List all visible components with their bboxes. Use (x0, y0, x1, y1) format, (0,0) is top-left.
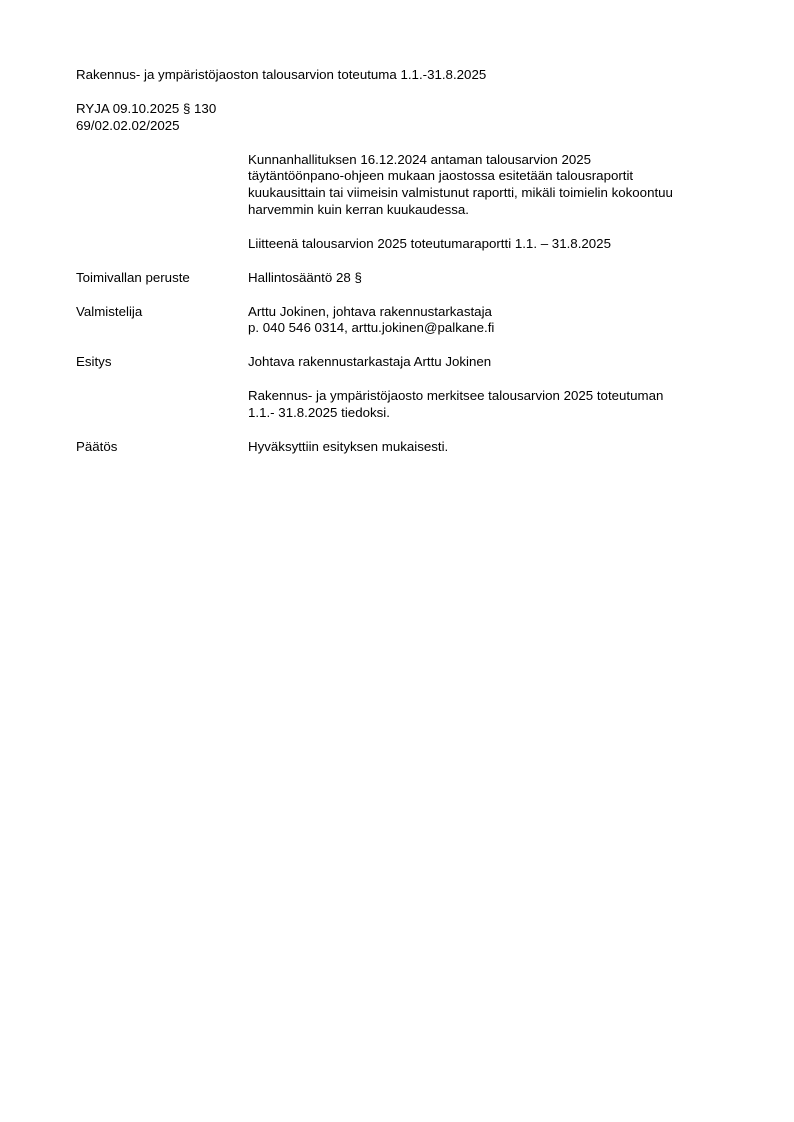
authority-label: Toimivallan peruste (76, 270, 190, 286)
intro-line: kuukausittain tai viimeisin valmistunut … (248, 185, 673, 201)
decision-value: Hyväksyttiin esityksen mukaisesti. (248, 439, 448, 455)
intro-line: harvemmin kuin kerran kuukaudessa. (248, 202, 469, 218)
proposal-presenter: Johtava rakennustarkastaja Arttu Jokinen (248, 354, 491, 370)
proposal-label: Esitys (76, 354, 111, 370)
proposal-text-line: 1.1.- 31.8.2025 tiedoksi. (248, 405, 390, 421)
proposal-text-line: Rakennus- ja ympäristöjaosto merkitsee t… (248, 388, 663, 404)
document-page: Rakennus- ja ympäristöjaoston talousarvi… (0, 0, 794, 1122)
intro-line: täytäntöönpano-ohjeen mukaan jaostossa e… (248, 168, 633, 184)
document-title: Rakennus- ja ympäristöjaoston talousarvi… (76, 67, 486, 83)
preparer-label: Valmistelija (76, 304, 142, 320)
meeting-reference: RYJA 09.10.2025 § 130 (76, 101, 216, 117)
record-number: 69/02.02.02/2025 (76, 118, 180, 134)
decision-label: Päätös (76, 439, 117, 455)
intro-line: Kunnanhallituksen 16.12.2024 antaman tal… (248, 152, 591, 168)
preparer-name: Arttu Jokinen, johtava rakennustarkastaj… (248, 304, 492, 320)
authority-value: Hallintosääntö 28 § (248, 270, 362, 286)
preparer-contact: p. 040 546 0314, arttu.jokinen@palkane.f… (248, 320, 494, 336)
attachment-note: Liitteenä talousarvion 2025 toteutumarap… (248, 236, 611, 252)
